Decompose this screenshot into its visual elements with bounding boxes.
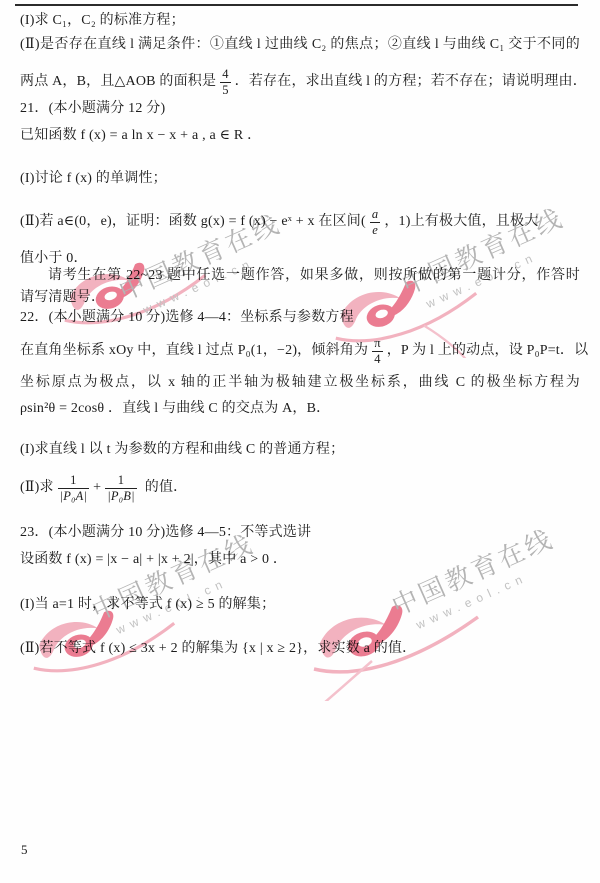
- q22-body-line3: ρsin²θ = 2cosθ ．直线 l 与曲线 C 的交点为 A，B．: [20, 400, 330, 419]
- q23-part2: (Ⅱ)若不等式 f (x) ≤ 3x + 2 的解集为 {x | x ≥ 2}，…: [20, 640, 416, 659]
- fraction-a-over-e: a e: [370, 207, 380, 237]
- q22-body-line2: 坐标原点为极点，以 x 轴的正半轴为极轴建立极坐标系，曲线 C 的极坐标方程为: [20, 374, 580, 393]
- text-segment: ．若存在，求出直线 l 的方程；若不存在；请说明理由．: [235, 73, 587, 92]
- q22-body-line1: 在直角坐标系 xOy 中，直线 l 过点 P₀(1，−2)，倾斜角为 π 4 ，…: [20, 331, 588, 371]
- text-segment: (Ⅱ)若 a∈(0，e)，证明：函数 g(x) = f (x) − eˣ + x…: [20, 213, 366, 232]
- fraction-numerator: 1: [68, 473, 78, 487]
- exam-page: (I)求 C₁，C₂ 的标准方程； (Ⅱ)是否存在直线 l 满足条件：①直线 l…: [0, 0, 600, 883]
- watermark-text: 中国教育在线 www.eol.cn: [385, 519, 566, 638]
- q21-given: 已知函数 f (x) = a ln x − x + a , a ∈ R ．: [20, 127, 261, 146]
- fraction-denominator: e: [370, 222, 380, 237]
- text-segment: 在直角坐标系 xOy 中，直线 l 过点 P₀(1，−2)，倾斜角为: [20, 342, 368, 361]
- q23-header: 23．(本小题满分 10 分)选修 4—5：不等式选讲: [20, 524, 311, 543]
- fraction-numerator: a: [370, 207, 380, 221]
- fraction-pi-over-4: π 4: [372, 336, 383, 366]
- q21-part1: (I)讨论 f (x) 的单调性；: [20, 170, 167, 189]
- page-number: 5: [21, 842, 28, 858]
- fraction-1-over-P0B: 1 |P₀B|: [105, 473, 137, 503]
- fraction-numerator: π: [372, 336, 383, 350]
- fraction-denominator: |P₀A|: [58, 488, 90, 503]
- q22-part1: (I)求直线 l 以 t 为参数的方程和曲线 C 的普通方程；: [20, 441, 344, 460]
- eol-watermark: 中国教育在线 www.eol.cn: [316, 543, 600, 683]
- text-segment: 的值．: [145, 479, 188, 498]
- text-segment: ，P 为 l 上的动点，设 P₀P=t．以: [387, 342, 589, 361]
- text-segment: 两点 A，B，且△AOB 的面积是: [20, 73, 216, 92]
- q22-header: 22．(本小题满分 10 分)选修 4—4：坐标系与参数方程: [20, 309, 354, 328]
- q23-body: 设函数 f (x) = |x − a| + |x + 2|，其中 a > 0 ．: [20, 551, 287, 570]
- text-segment: (Ⅱ)求: [20, 479, 54, 498]
- watermark-url: www.eol.cn: [414, 554, 566, 632]
- q21-part2-line1: (Ⅱ)若 a∈(0，e)，证明：函数 g(x) = f (x) − eˣ + x…: [20, 201, 538, 243]
- page-top-rule: [15, 4, 578, 6]
- fraction-four-fifths: 4 5: [220, 67, 230, 97]
- notice-line1: 请考生在第 22~23 题中任选一题作答，如果多做，则按所做的第一题计分，作答时: [48, 267, 580, 286]
- watermark-brand: 中国教育在线: [385, 519, 559, 624]
- fraction-numerator: 1: [116, 473, 126, 487]
- q22-part2: (Ⅱ)求 1 |P₀A| + 1 |P₀B| 的值．: [20, 463, 187, 513]
- q20-part2-line2: 两点 A，B，且△AOB 的面积是 4 5 ．若存在，求出直线 l 的方程；若不…: [20, 60, 587, 104]
- plus-sign: +: [93, 479, 101, 498]
- fraction-denominator: 4: [372, 351, 382, 366]
- q21-header: 21．(本小题满分 12 分): [20, 100, 165, 119]
- q20-part2-line1: (Ⅱ)是否存在直线 l 满足条件：①直线 l 过曲线 C₂ 的焦点；②直线 l …: [20, 36, 580, 55]
- text-segment: ，1)上有极大值，且极大: [384, 213, 538, 232]
- fraction-denominator: |P₀B|: [105, 488, 137, 503]
- fraction-1-over-P0A: 1 |P₀A|: [58, 473, 90, 503]
- q23-part1: (I)当 a=1 时，求不等式 f (x) ≥ 5 的解集；: [20, 596, 275, 615]
- q20-part1: (I)求 C₁，C₂ 的标准方程；: [20, 12, 185, 31]
- fraction-denominator: 5: [220, 82, 230, 97]
- notice-line2: 请写清题号．: [20, 289, 105, 308]
- fraction-numerator: 4: [220, 67, 230, 81]
